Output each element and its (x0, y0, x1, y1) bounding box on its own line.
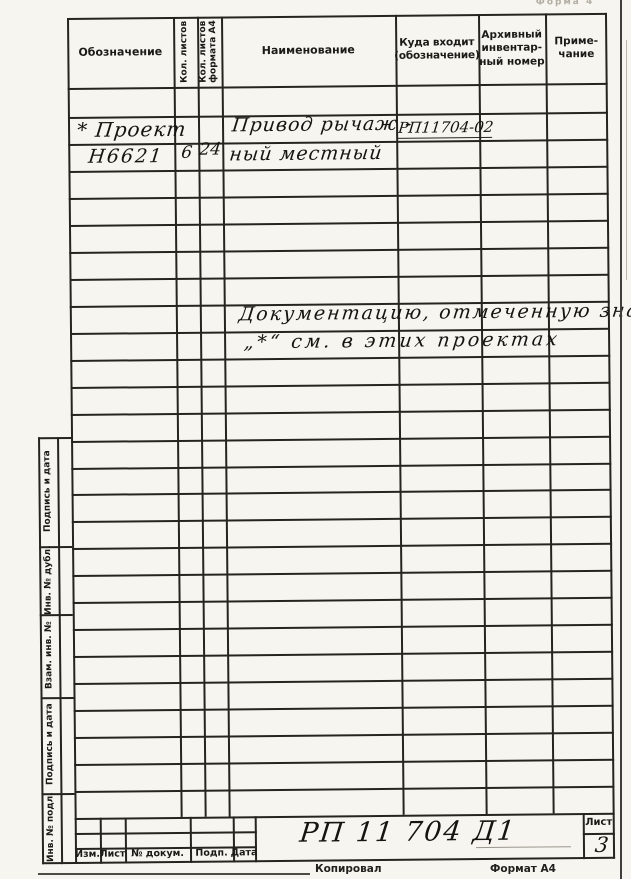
bottom-edge-line (38, 873, 310, 875)
titleblock-doc-number: РП 11 704 Д1 (298, 818, 518, 847)
grid-line (73, 624, 613, 631)
entry-sheets-count: 6 (180, 145, 193, 162)
grid-line (74, 786, 614, 793)
grid-line (69, 220, 609, 227)
header-used-in: Куда входит (обозначение) (395, 14, 479, 85)
entry-used-in: РП11704-02 (397, 120, 494, 139)
header-name: Наименование (221, 15, 396, 87)
note-line1: Документацию, отмеченную знаком (238, 301, 631, 324)
grid-line (71, 381, 611, 388)
entry-name-line1: Привод рычаж - (231, 115, 414, 136)
scanned-document-page: Форма 4 Обозначение Кол. листов Кол. лис… (0, 0, 631, 879)
grid-line (74, 759, 614, 766)
grid-line (69, 193, 609, 200)
grid-line (57, 437, 63, 864)
entry-name-line2: ный местный (228, 144, 383, 164)
grid-line (72, 516, 612, 523)
titleblock-col-dokum: № докум. (125, 847, 190, 862)
page-edge-line (620, 0, 622, 879)
note-line2: „*“ см. в этих проектах (243, 330, 561, 352)
grid-line (73, 678, 613, 685)
grid-line (221, 17, 231, 817)
footer-format: Формат А4 (490, 863, 556, 875)
grid-line (69, 247, 609, 254)
titleblock-col-podp: Подп. (190, 846, 233, 860)
grid-line (197, 17, 207, 817)
grid-line (74, 705, 614, 712)
grid-line (75, 831, 257, 835)
grid-line (71, 462, 611, 469)
grid-line (71, 408, 611, 415)
document-content: Форма 4 Обозначение Кол. листов Кол. лис… (0, 0, 631, 879)
titleblock-faint-line (476, 846, 571, 848)
footer-kopiroval: Копировал (315, 863, 382, 875)
titleblock-col-data: Дата (233, 846, 255, 860)
header-sheets-count: Кол. листов (178, 17, 193, 87)
grid-line (545, 13, 555, 813)
header-remark: Приме- чание (545, 13, 608, 84)
titleblock-sheet-number: 3 (594, 835, 610, 856)
entry-designation-line1: * Проект (76, 119, 188, 140)
entry-designation-line2: Н6621 (87, 147, 164, 167)
titleblock-sheet-label: Лист (583, 813, 615, 833)
grid-line (73, 597, 613, 604)
grid-line (72, 489, 612, 496)
page-edge-shadow (626, 40, 627, 280)
grid-line (73, 651, 613, 658)
entry-sheets-a4-count: 24 (198, 142, 222, 159)
titleblock-col-list: Лист (100, 847, 125, 861)
grid-line (72, 570, 612, 577)
margin-label-inv-podl: Инв. № подл. (45, 772, 58, 879)
grid-line (71, 435, 611, 442)
grid-line (70, 273, 610, 280)
header-designation: Обозначение (67, 17, 174, 88)
form-number-note: Форма 4 (536, 0, 594, 7)
header-sheets-a4-count: Кол. листов формата А4 (198, 17, 221, 87)
grid-line (74, 732, 614, 739)
grid-line (72, 543, 612, 550)
grid-line (70, 354, 610, 361)
header-archive-number: Архивный инвентар- ный номер (478, 13, 546, 84)
titleblock-col-izm: Изм. (75, 848, 100, 862)
